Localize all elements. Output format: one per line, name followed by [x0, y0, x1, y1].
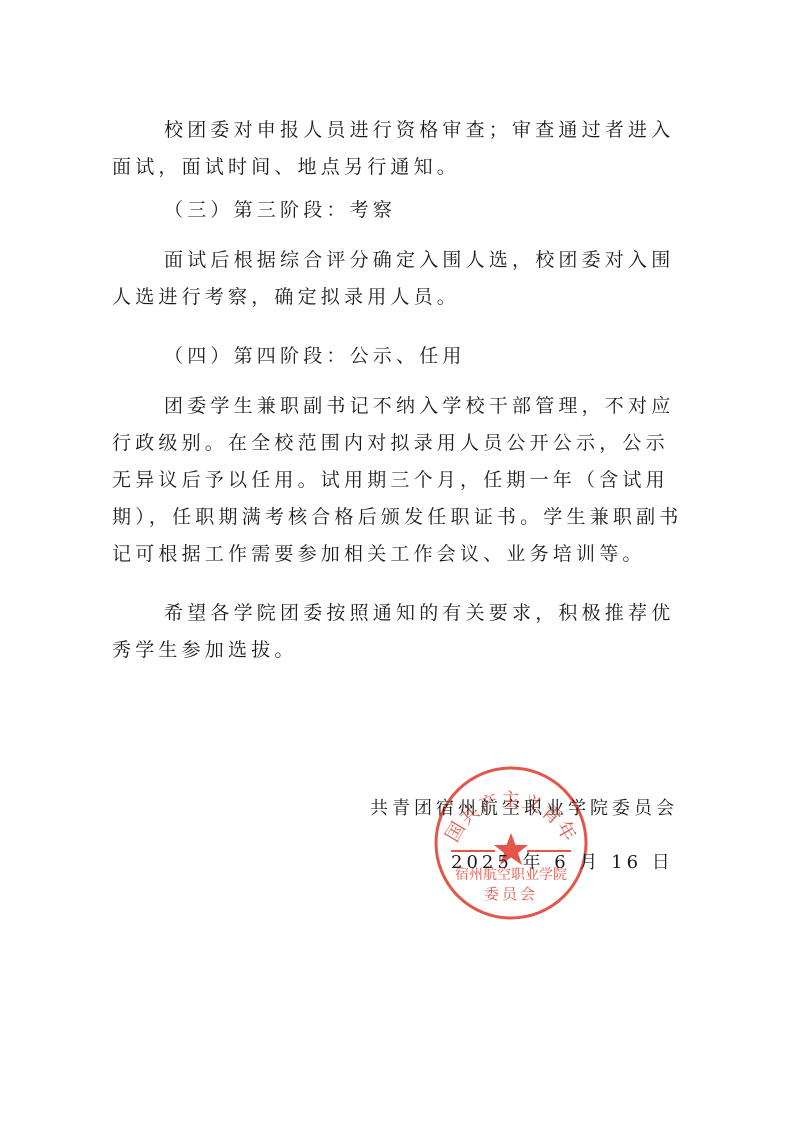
paragraph-qualification-review: 校团委对申报人员进行资格审查；审查通过者进入面试，面试时间、地点另行通知。	[112, 112, 690, 186]
official-seal-icon: 中国共产主义青年团 宿州航空职业学院 委员会	[433, 765, 589, 921]
document-page: 校团委对申报人员进行资格审查；审查通过者进入面试，面试时间、地点另行通知。 （三…	[0, 0, 793, 1122]
paragraph-inspection: 面试后根据综合评分确定入围人选，校团委对入围人选进行考察，确定拟录用人员。	[112, 242, 690, 316]
paragraph-closing: 希望各学院团委按照通知的有关要求，积极推荐优秀学生参加选拔。	[112, 595, 690, 669]
heading-stage-four: （四）第四阶段：公示、任用	[112, 338, 466, 375]
svg-text:委员会: 委员会	[484, 885, 538, 903]
heading-stage-three: （三）第三阶段：考察	[112, 192, 396, 229]
signature-date: 2025 年 6 月 16 日	[451, 848, 674, 874]
paragraph-appointment: 团委学生兼职副书记不纳入学校干部管理，不对应行政级别。在全校范围内对拟录用人员公…	[112, 388, 690, 573]
signature-organization: 共青团宿州航空职业学院委员会	[370, 794, 678, 820]
